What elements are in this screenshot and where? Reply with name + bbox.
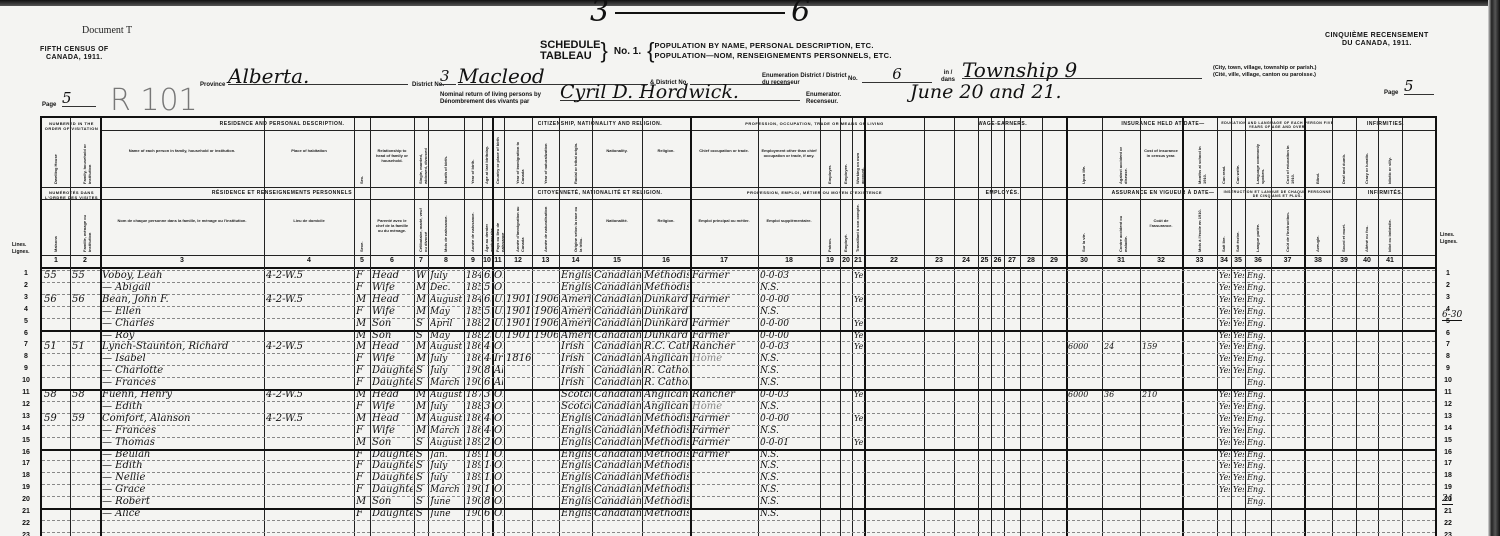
cell-birth: Ireland	[494, 353, 503, 365]
page-edge	[1488, 0, 1500, 536]
cell-read: Yes	[1219, 484, 1230, 496]
cell-nationality: Canadian	[594, 318, 641, 330]
column-number-35: 35	[1231, 257, 1245, 267]
lines-label-right: Lines. Lignes.	[1440, 232, 1458, 246]
column-header-34-fr: Sait lire.	[1221, 204, 1226, 252]
cell-name: — Roy	[102, 330, 263, 342]
cell-rel: Head	[372, 389, 413, 401]
cell-family: 51	[72, 341, 99, 353]
column-number-25: 25	[978, 257, 991, 267]
cell-nationality: Canadian	[594, 484, 641, 496]
section-profession-en: PROFESSION, OCCUPATION, TRADE OR MEANS O…	[732, 121, 897, 126]
title-english-line1: FIFTH CENSUS OF	[40, 46, 109, 54]
title-english-line2: CANADA, 1911.	[40, 54, 109, 62]
lines-label-en: Lines.	[12, 242, 30, 249]
nominal-label-fr: Dénombrement des vivants par	[440, 99, 541, 106]
cell-c21: Yes	[854, 389, 863, 401]
cell-write: Yes	[1233, 365, 1244, 377]
cell-rel: Daughter	[372, 377, 413, 389]
section-residence-en: RESIDENCE AND PERSONAL DESCRIPTION.	[102, 121, 462, 127]
cell-write: Yes	[1233, 449, 1244, 461]
column-header-17-en: Chief occupation or trade.	[693, 148, 755, 153]
cell-year: 1902	[466, 496, 481, 508]
cell-rel: Daughter	[372, 449, 413, 461]
schedule-words: SCHEDULE TABLEAU	[540, 40, 601, 62]
line-number-left: 8	[18, 353, 34, 360]
line-number-left: 11	[18, 389, 34, 396]
column-divider	[954, 118, 955, 536]
cell-read: Yes	[1219, 389, 1230, 401]
cell-sex: M	[356, 389, 369, 401]
column-number-30: 30	[1066, 257, 1102, 267]
column-header-38-en: Blind.	[1315, 136, 1320, 184]
cell-status: M	[416, 341, 427, 353]
column-header-7-en: Single, married, widowed, divorced	[418, 136, 428, 184]
enumeration-date: June 20 and 21.	[910, 84, 1130, 100]
cell-status: M	[416, 425, 427, 437]
cell-month: Dec.	[430, 282, 463, 294]
column-number-29: 29	[1042, 257, 1066, 267]
cell-month: May	[430, 306, 463, 318]
cell-write: Yes	[1233, 341, 1244, 353]
cell-rel: Head	[372, 341, 413, 353]
column-header-20-en: Employee.	[843, 136, 848, 184]
cell-nationality: Canadian	[594, 306, 641, 318]
cell-age: 48	[484, 413, 491, 425]
cell-name: — Alice	[102, 508, 263, 520]
enumerator-name: Cyril D. Hordwick.	[560, 84, 800, 101]
cell-year: 1904	[466, 508, 481, 520]
cell-origin: English	[561, 282, 591, 294]
cell-rel: Wife	[372, 306, 413, 318]
cell-read: Yes	[1219, 353, 1230, 365]
column-divider	[1402, 118, 1403, 536]
cell-family: 55	[72, 270, 99, 282]
section-education-fr: INSTRUCTION ET LANGUE DE CHAQUE PERSONNE…	[1220, 190, 1335, 198]
column-number-17: 17	[690, 257, 758, 267]
cell-status: S	[416, 437, 427, 449]
cell-write: Yes	[1233, 413, 1244, 425]
cell-month: August	[430, 413, 463, 425]
cell-nationality: Canadian	[594, 425, 641, 437]
cell-status: M	[416, 413, 427, 425]
cell-write: Yes	[1233, 318, 1244, 330]
cell-religion: Anglican	[644, 353, 689, 365]
line-number-right: 5	[1440, 318, 1456, 325]
cell-read: Yes	[1219, 282, 1230, 294]
cell-dwelling: 56	[44, 294, 69, 306]
cell-status: W	[416, 270, 427, 282]
cell-write: Yes	[1233, 353, 1244, 365]
cell-name: — Isabel	[102, 353, 263, 365]
cell-rel: Head	[372, 413, 413, 425]
cell-religion: Methodist	[644, 508, 689, 520]
cell-year: 1900	[466, 484, 481, 496]
cell-dwelling: 59	[44, 413, 69, 425]
cell-religion: Dunkard	[644, 294, 689, 306]
cell-origin: Irish	[561, 341, 591, 353]
column-divider	[1378, 118, 1379, 536]
column-divider	[1020, 118, 1021, 536]
line-number-left: 10	[18, 377, 34, 384]
column-divider	[820, 118, 821, 536]
cell-write: Yes	[1233, 270, 1244, 282]
cell-family: 59	[72, 413, 99, 425]
column-header-41-en: Idiotic or silly.	[1387, 136, 1392, 184]
cell-year: 1852	[466, 306, 481, 318]
cell-origin: Irish	[561, 365, 591, 377]
cell-month: August	[430, 389, 463, 401]
cell-imm: 1901	[506, 318, 531, 330]
cell-lang: Eng.	[1247, 413, 1270, 425]
cell-occ: Home	[692, 401, 757, 413]
cell-birth: O.	[494, 437, 503, 449]
cell-lang: Eng.	[1247, 353, 1270, 365]
cell-rel: Son	[372, 437, 413, 449]
cell-read: Yes	[1219, 294, 1230, 306]
cell-rel: Wife	[372, 425, 413, 437]
cell-sex: M	[356, 341, 369, 353]
cell-occ: Farmer	[692, 330, 757, 342]
cell-origin: English	[561, 472, 591, 484]
column-header-18-fr: Emploi supplémentaire.	[761, 218, 817, 223]
column-divider	[428, 118, 429, 536]
line-number-left: 17	[18, 460, 34, 467]
cell-lang: Eng.	[1247, 460, 1270, 472]
column-number-12: 12	[504, 257, 532, 267]
section-wage-fr: EMPLOYÉS.	[900, 190, 1105, 196]
cell-year: 1862	[466, 413, 481, 425]
column-header-31-en: Against accident or disease.	[1118, 136, 1128, 184]
cell-origin: English	[561, 460, 591, 472]
section-residence-fr: RÉSIDENCE ET RENSEIGNEMENTS PERSONNELS	[102, 190, 462, 196]
cell-age: 23	[484, 330, 491, 342]
cell-lang: Eng.	[1247, 449, 1270, 461]
cell-c21: Yes	[854, 270, 863, 282]
cell-year: 1902	[466, 365, 481, 377]
cell-sex: F	[356, 365, 369, 377]
column-header-13-fr: Année de naturalisation	[543, 204, 548, 252]
cell-nationality: Canadian	[594, 377, 641, 389]
cell-religion: Methodist	[644, 496, 689, 508]
cell-name: — Ellen	[102, 306, 263, 318]
cell-emp: N.S.	[760, 472, 819, 484]
column-number-32: 32	[1140, 257, 1182, 267]
cell-sex: F	[356, 306, 369, 318]
cell-month: July	[430, 460, 463, 472]
cell-name: — Edith	[102, 401, 263, 413]
cell-status: S	[416, 484, 427, 496]
column-number-7: 7	[414, 257, 428, 267]
column-number-31: 31	[1102, 257, 1140, 267]
cell-write: Yes	[1233, 425, 1244, 437]
cell-lang: Eng.	[1247, 365, 1270, 377]
schedule-number: No. 1.	[614, 46, 641, 57]
cell-emp: 0-0-03	[760, 270, 819, 282]
line-number-right: 22	[1440, 520, 1456, 527]
cell-emp: N.S.	[760, 460, 819, 472]
cell-status: S	[416, 449, 427, 461]
cell-month: June	[430, 496, 463, 508]
cell-status: M	[416, 401, 427, 413]
page-label-left: Page	[42, 102, 56, 108]
cell-origin: English	[561, 449, 591, 461]
column-header-33-en: Months at school in 1910.	[1197, 136, 1207, 184]
cell-rel: Son	[372, 318, 413, 330]
cell-origin: English	[561, 496, 591, 508]
cell-birth: O.	[494, 508, 503, 520]
column-header-10-en: Age at last birthday.	[484, 136, 489, 184]
cell-lang: Eng.	[1247, 389, 1270, 401]
cell-emp: 0-0-01	[760, 437, 819, 449]
column-header-39-en: Deaf and dumb.	[1341, 136, 1346, 184]
cell-occ: Home	[692, 353, 757, 365]
cell-lang: Eng.	[1247, 318, 1270, 330]
cell-emp: N.S.	[760, 306, 819, 318]
cell-age: 8	[484, 496, 491, 508]
cell-lang: Eng.	[1247, 341, 1270, 353]
province-value: Alberta.	[228, 68, 408, 85]
column-number-5: 5	[354, 257, 370, 267]
cell-age: 57	[484, 282, 491, 294]
cell-imm: 1816	[506, 353, 531, 365]
column-header-40-fr: Aliéné ou fou.	[1364, 204, 1369, 252]
cell-family: 58	[72, 389, 99, 401]
cell-birth: O.	[494, 341, 503, 353]
column-header-9-fr: Année de naissance.	[470, 204, 475, 252]
cell-birth: O.	[494, 472, 503, 484]
title-french-line2: DU CANADA, 1911.	[1325, 40, 1429, 48]
cell-birth: O.	[494, 496, 503, 508]
section-wage-en: WAGE-EARNERS.	[900, 121, 1105, 127]
cell-month: May	[430, 330, 463, 342]
cell-month: June	[430, 508, 463, 520]
cell-year: 1884	[466, 318, 481, 330]
line-number-right: 19	[1440, 484, 1456, 491]
cell-ins_acc: 36	[1104, 389, 1139, 401]
tableau-word: TABLEAU	[540, 51, 601, 62]
cell-birth: Alta.	[494, 377, 503, 389]
cell-place: 4-2-W.5	[266, 341, 353, 353]
column-header-15-fr: Nationalité.	[595, 218, 639, 223]
cell-religion: Methodist	[644, 437, 689, 449]
cell-month: August	[430, 437, 463, 449]
cell-emp: N.S.	[760, 365, 819, 377]
cell-lang: Eng.	[1247, 282, 1270, 294]
cell-religion: R. Catholic	[644, 365, 689, 377]
line-number-left: 21	[18, 508, 34, 515]
cell-rel: Daughter	[372, 460, 413, 472]
column-header-40-en: Crazy or lunatic.	[1364, 136, 1369, 184]
cell-birth: O.	[494, 270, 503, 282]
cell-c21: Yes	[854, 318, 863, 330]
cell-year: 1874	[466, 389, 481, 401]
row-divider	[42, 520, 1435, 521]
section-profession-fr: PROFESSION, EMPLOI, MÉTIER OU MOYEN D'EX…	[732, 190, 897, 195]
line-number-left: 5	[18, 318, 34, 325]
line-number-right: 20	[1440, 496, 1456, 503]
cell-sex: M	[356, 318, 369, 330]
schedule-heading: SCHEDULE TABLEAU } No. 1. { POPULATION B…	[540, 40, 892, 62]
title-french: CINQUIÈME RECENSEMENT DU CANADA, 1911.	[1325, 32, 1429, 48]
column-header-19-fr: Patron.	[827, 204, 832, 252]
section-insurance-fr: ASSURANCE EN VIGUEUR À DATE—	[1108, 190, 1218, 196]
cell-birth: O.	[494, 413, 503, 425]
column-divider	[1271, 118, 1272, 536]
cell-status: S	[416, 508, 427, 520]
column-header-11-en: Country or place of birth	[495, 136, 500, 184]
cell-name: — Grace	[102, 484, 263, 496]
cell-lang: Eng.	[1247, 472, 1270, 484]
cell-ins_life: 6000	[1068, 341, 1101, 353]
column-number-11: 11	[492, 257, 504, 267]
cell-sex: F	[356, 270, 369, 282]
cell-nationality: Canadian	[594, 282, 641, 294]
line-number-left: 4	[18, 306, 34, 313]
place-name: Township 9	[962, 62, 1202, 79]
column-divider	[1182, 118, 1184, 536]
cell-age: 20	[484, 437, 491, 449]
cell-nat: 1906	[534, 306, 558, 318]
column-divider	[414, 118, 415, 536]
cell-status: S	[416, 365, 427, 377]
cell-birth: U.S.A.	[494, 330, 503, 342]
cell-age: 36	[484, 389, 491, 401]
cell-age: 6	[484, 508, 491, 520]
cell-nationality: Canadian	[594, 496, 641, 508]
cell-name: — Frances	[102, 377, 263, 389]
cell-origin: American	[561, 330, 591, 342]
column-header-9-en: Year of birth.	[470, 136, 475, 184]
cell-age: 6	[484, 377, 491, 389]
column-divider	[1231, 118, 1232, 536]
cell-year: 1895	[466, 449, 481, 461]
cell-sex: F	[356, 484, 369, 496]
cell-rel: Head	[372, 294, 413, 306]
cell-occ: Rancher	[692, 341, 757, 353]
cell-emp: N.S.	[760, 484, 819, 496]
column-number-23: 23	[924, 257, 954, 267]
cell-origin: English	[561, 413, 591, 425]
cell-birth: O.	[494, 425, 503, 437]
line-number-right: 18	[1440, 472, 1456, 479]
cell-nationality: Canadian	[594, 472, 641, 484]
column-header-12-fr: Année d'immigration au Canada	[515, 204, 525, 252]
cell-nationality: Canadian	[594, 389, 641, 401]
cell-religion: Methodist	[644, 484, 689, 496]
cell-age: 11	[484, 484, 491, 496]
cell-month: March	[430, 484, 463, 496]
column-header-10-fr: Âge au dernier anniversaire.	[484, 204, 494, 252]
cell-read: Yes	[1219, 449, 1230, 461]
page-number-right: 5	[1404, 78, 1434, 95]
cell-rel: Head	[372, 270, 413, 282]
section-infirmities-en: INFIRMITIES.	[1338, 121, 1433, 127]
column-number-20: 20	[840, 257, 852, 267]
line-number-left: 3	[18, 294, 34, 301]
cell-origin: American	[561, 306, 591, 318]
column-header-2-en: Family, household or institution	[82, 136, 92, 184]
cell-religion: Methodist	[644, 282, 689, 294]
cell-year: 1905	[466, 377, 481, 389]
cell-nationality: Canadian	[594, 330, 641, 342]
column-number-3: 3	[100, 257, 264, 267]
column-header-5-fr: Sexe.	[359, 204, 364, 252]
cell-write: Yes	[1233, 306, 1244, 318]
column-divider	[482, 118, 483, 536]
column-header-30-fr: Sur la vie.	[1081, 204, 1086, 252]
cell-year: 1867	[466, 425, 481, 437]
cell-rel: Daughter	[372, 365, 413, 377]
column-number-10: 10	[482, 257, 492, 267]
column-divider	[978, 118, 979, 536]
cell-year: 1866	[466, 353, 481, 365]
column-header-35-en: Can write.	[1235, 136, 1240, 184]
column-divider	[852, 118, 853, 536]
column-header-1-en: Dwelling House	[53, 136, 58, 184]
column-divider	[1066, 118, 1068, 536]
cell-place: 4-2-W.5	[266, 389, 353, 401]
column-number-37: 37	[1271, 257, 1304, 267]
cell-birth: O.	[494, 484, 503, 496]
section-education-en: EDUCATION AND LANGUAGE OF EACH PERSON FI…	[1220, 121, 1335, 129]
cell-nationality: Canadian	[594, 401, 641, 413]
cell-status: M	[416, 353, 427, 365]
enumerator-label-fr: Recenseur.	[806, 99, 841, 106]
column-divider	[1042, 118, 1043, 536]
column-divider	[1304, 118, 1306, 536]
cell-origin: English	[561, 425, 591, 437]
cell-sex: M	[356, 437, 369, 449]
column-header-5-en: Sex.	[359, 136, 364, 184]
cell-status: M	[416, 306, 427, 318]
column-number-2: 2	[70, 257, 100, 267]
line-number-left: 20	[18, 496, 34, 503]
column-number-16: 16	[642, 257, 690, 267]
brace: }	[601, 41, 608, 61]
column-number-8: 8	[428, 257, 464, 267]
cell-ins_cost: 210	[1142, 389, 1181, 401]
cell-year: 1848	[466, 270, 481, 282]
cell-write: Yes	[1233, 282, 1244, 294]
column-header-8-en: Month of birth.	[443, 136, 448, 184]
line-number-right: 13	[1440, 413, 1456, 420]
column-number-36: 36	[1245, 257, 1271, 267]
cell-nationality: Canadian	[594, 353, 641, 365]
cell-religion: Dunkard	[644, 318, 689, 330]
cell-month: July	[430, 365, 463, 377]
cell-ins_acc: 24	[1104, 341, 1139, 353]
handwritten-sheet-number: 36	[590, 0, 850, 29]
schedule-description: POPULATION BY NAME, PERSONAL DESCRIPTION…	[654, 41, 891, 61]
column-header-3-en: Name of each person in family, household…	[103, 148, 261, 153]
cell-month: July	[430, 353, 463, 365]
column-number-18: 18	[758, 257, 820, 267]
line-number-right: 9	[1440, 365, 1456, 372]
column-header-3-fr: Nom de chaque personne dans la famille, …	[103, 218, 261, 223]
cell-c21: Yes	[854, 413, 863, 425]
column-header-16-fr: Religion.	[645, 218, 687, 223]
cell-write: Yes	[1233, 437, 1244, 449]
column-number-40: 40	[1356, 257, 1378, 267]
column-divider	[758, 118, 759, 536]
district-number: 3	[440, 68, 456, 85]
cell-nat: 1906	[534, 318, 558, 330]
column-divider	[1140, 118, 1141, 536]
column-header-41-fr: Idiot ou imbécile.	[1387, 204, 1392, 252]
cell-age: 30	[484, 401, 491, 413]
line-number-right: 16	[1440, 449, 1456, 456]
